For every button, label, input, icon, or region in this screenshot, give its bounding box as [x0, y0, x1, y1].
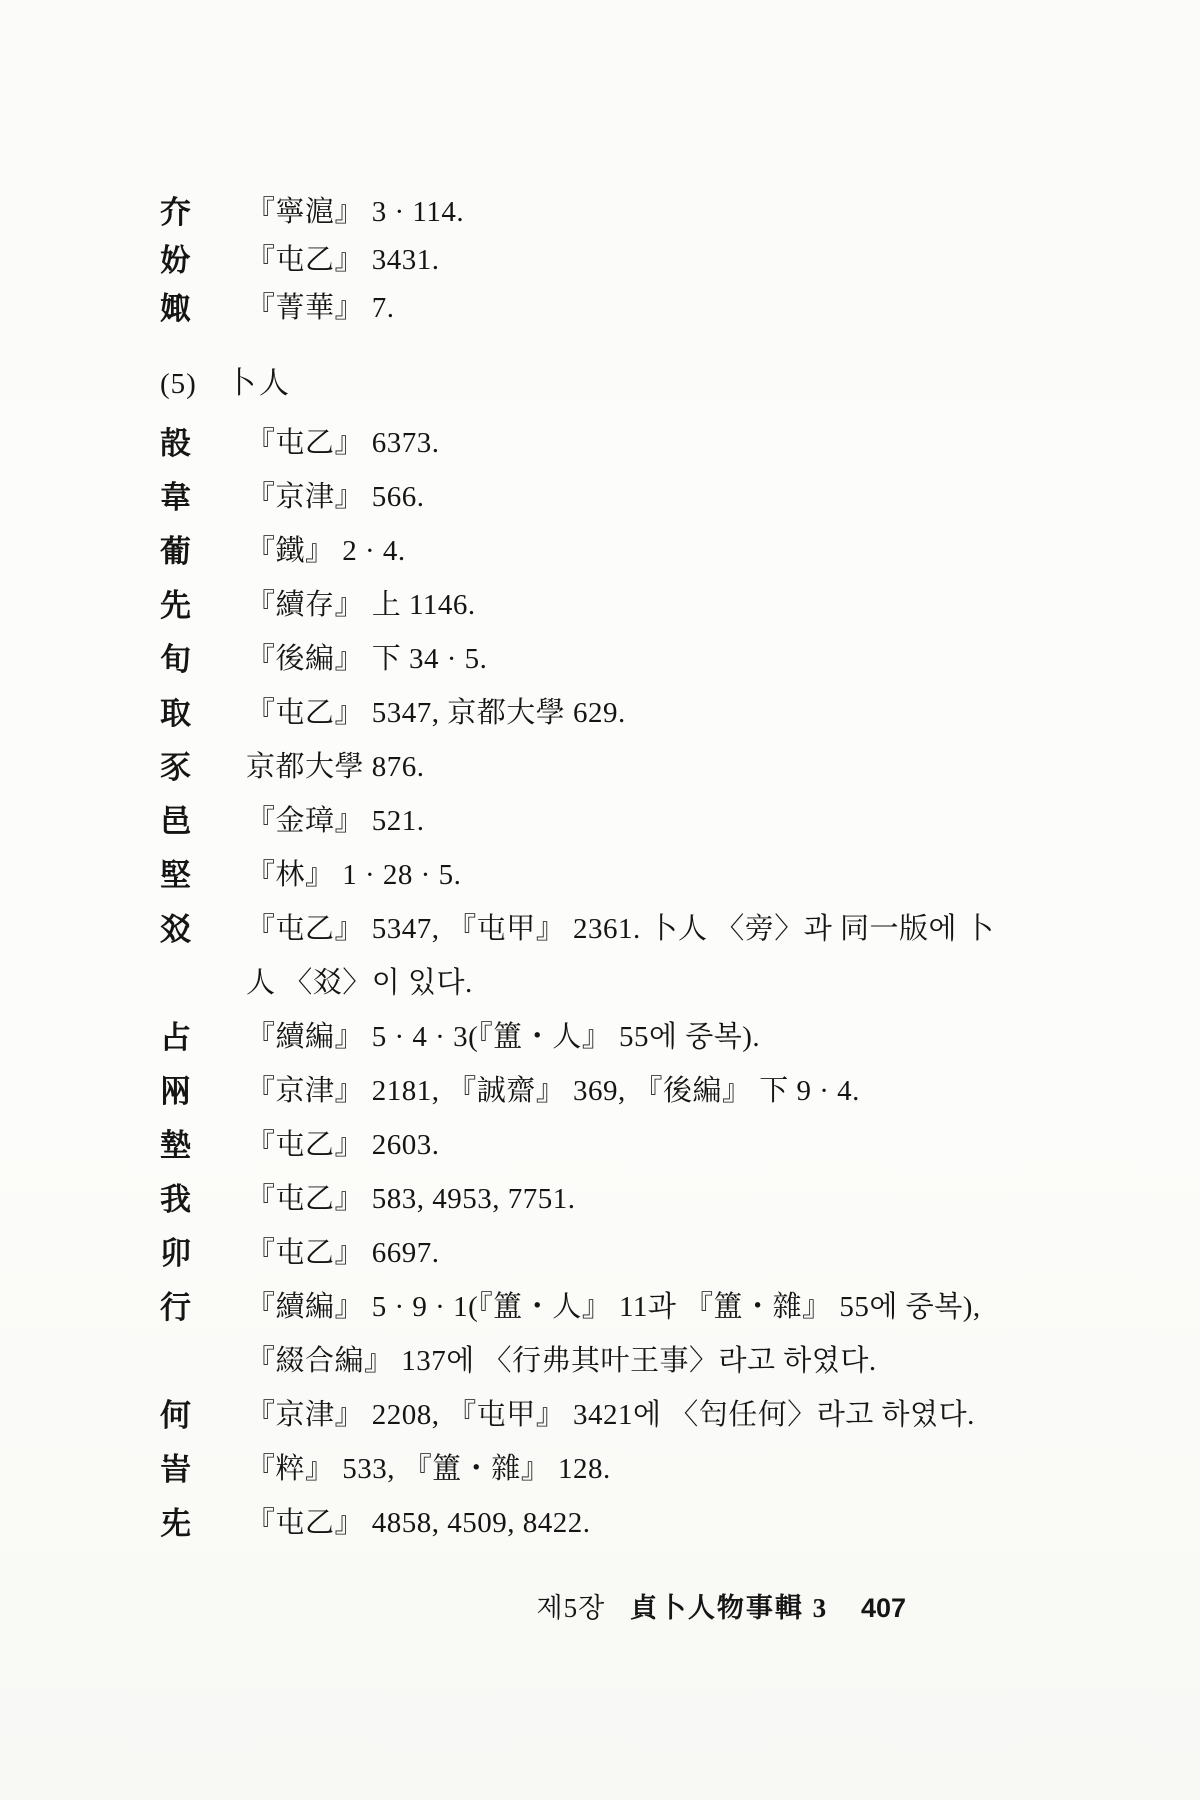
entry-row: 行 『續編』 5 · 9 · 1(『簠・人』 11과 『簠・雜』 55에 중복)… [160, 1291, 1100, 1378]
entry-headword: 葡 [160, 535, 246, 568]
entry-reference: 『續編』 5 · 9 · 1(『簠・人』 11과 『簠・雜』 55에 중복), [246, 1291, 981, 1324]
entry-headword: 娵 [160, 292, 246, 325]
scanned-book-page: 夰 『寧滬』 3 · 114. 妢 『屯乙』 3431. 娵 『菁華』 7. (… [0, 0, 1200, 1800]
entry-reference: 『京津』 2208, 『屯甲』 3421에 〈匄任何〉라고 하였다. [246, 1399, 975, 1432]
entry-reference: 『屯乙』 5347, 京都大學 629. [246, 697, 626, 730]
entry-row: 墊 『屯乙』 2603. [160, 1129, 1100, 1162]
entry-row: 娵 『菁華』 7. [160, 292, 1100, 325]
entry-row: 邑 『金璋』 521. [160, 805, 1100, 838]
footer-chapter-label: 제5장 [537, 1593, 606, 1623]
entry-headword: 兂 [160, 1507, 246, 1540]
previous-section-tail: 夰 『寧滬』 3 · 114. 妢 『屯乙』 3431. 娵 『菁華』 7. [160, 196, 1100, 325]
entry-headword: 取 [160, 697, 246, 730]
entry-headword: 韋 [160, 481, 246, 514]
entry-row: 㸚 『屯乙』 5347, 『屯甲』 2361. 卜人 〈旁〉과 同一版에 卜 人… [160, 913, 1100, 1000]
entry-headword: 墊 [160, 1129, 246, 1162]
entry-row: 妢 『屯乙』 3431. [160, 244, 1100, 277]
entry-reference: 京都大學 876. [246, 751, 425, 784]
entry-row: 㱿 『屯乙』 6373. [160, 427, 1100, 460]
entry-reference-continued: 人 〈㸚〉이 있다. [246, 967, 994, 1000]
entry-reference: 『屯乙』 5347, 『屯甲』 2361. 卜人 〈旁〉과 同一版에 卜 [246, 913, 994, 946]
entry-row: 何 『京津』 2208, 『屯甲』 3421에 〈匄任何〉라고 하였다. [160, 1399, 1100, 1432]
entry-reference: 『屯乙』 3431. [246, 244, 440, 277]
entry-row: 取 『屯乙』 5347, 京都大學 629. [160, 697, 1100, 730]
entry-headword: 㱿 [160, 427, 246, 460]
footer-page-number: 407 [861, 1593, 906, 1623]
entry-reference: 『屯乙』 6697. [246, 1237, 440, 1270]
entry-headword: 㸚 [160, 913, 246, 946]
section-heading: (5) 卜人 [160, 367, 1100, 401]
entry-reference: 『寧滬』 3 · 114. [246, 196, 464, 229]
entry-reference: 『續編』 5 · 4 · 3(『簠・人』 55에 중복). [246, 1021, 760, 1054]
page-content: 夰 『寧滬』 3 · 114. 妢 『屯乙』 3431. 娵 『菁華』 7. (… [160, 196, 1100, 1561]
entry-reference-continued: 『綴合編』 137에 〈行弗其叶王事〉라고 하였다. [246, 1345, 981, 1378]
entry-headword: 堅 [160, 859, 246, 892]
entry-row: 夰 『寧滬』 3 · 114. [160, 196, 1100, 229]
entry-headword: 行 [160, 1291, 246, 1324]
entry-reference: 『後編』 下 34 · 5. [246, 643, 487, 676]
entry-headword: 邑 [160, 805, 246, 838]
entry-headword: 我 [160, 1183, 246, 1216]
entry-reference: 『屯乙』 4858, 4509, 8422. [246, 1507, 591, 1540]
section-title: 卜人 [226, 367, 292, 401]
entry-reference: 『粹』 533, 『簠・雜』 128. [246, 1453, 611, 1486]
entry-reference: 『金璋』 521. [246, 805, 425, 838]
entry-row: 峕 『粹』 533, 『簠・雜』 128. [160, 1453, 1100, 1486]
entry-row: 兂 『屯乙』 4858, 4509, 8422. [160, 1507, 1100, 1540]
entry-headword: 先 [160, 589, 246, 622]
entry-row: 我 『屯乙』 583, 4953, 7751. [160, 1183, 1100, 1216]
entry-headword: 占 [160, 1021, 246, 1054]
entry-reference: 『屯乙』 2603. [246, 1129, 440, 1162]
entry-headword: 妢 [160, 244, 246, 277]
entry-row: 堅 『林』 1 · 28 · 5. [160, 859, 1100, 892]
footer-book-title: 貞卜人物事輯 3 [630, 1593, 828, 1623]
entry-headword: 豕 [160, 751, 246, 784]
entry-reference: 『林』 1 · 28 · 5. [246, 859, 461, 892]
entry-row: 葡 『鐵』 2 · 4. [160, 535, 1100, 568]
entry-reference: 『續存』 上 1146. [246, 589, 476, 622]
entry-headword: 旬 [160, 643, 246, 676]
entry-reference: 『京津』 566. [246, 481, 425, 514]
entry-row: 韋 『京津』 566. [160, 481, 1100, 514]
entry-headword: 何 [160, 1399, 246, 1432]
entry-headword: 夰 [160, 196, 246, 229]
diviner-entry-list: 㱿 『屯乙』 6373. 韋 『京津』 566. 葡 『鐵』 2 · 4. 先 … [160, 427, 1100, 1540]
entry-reference: 『京津』 2181, 『誠齋』 369, 『後編』 下 9 · 4. [246, 1075, 860, 1108]
entry-reference: 『鐵』 2 · 4. [246, 535, 406, 568]
entry-headword: 峕 [160, 1453, 246, 1486]
entry-headword: 卯 [160, 1237, 246, 1270]
entry-row: 旬 『後編』 下 34 · 5. [160, 643, 1100, 676]
section-number: (5) [160, 367, 226, 401]
entry-row: 先 『續存』 上 1146. [160, 589, 1100, 622]
entry-reference: 『菁華』 7. [246, 292, 395, 325]
entry-reference: 『屯乙』 6373. [246, 427, 440, 460]
entry-row: 㒳 『京津』 2181, 『誠齋』 369, 『後編』 下 9 · 4. [160, 1075, 1100, 1108]
entry-row: 卯 『屯乙』 6697. [160, 1237, 1100, 1270]
entry-reference: 『屯乙』 583, 4953, 7751. [246, 1183, 576, 1216]
running-footer: 제5장 貞卜人物事輯 3 407 [0, 1586, 906, 1625]
entry-row: 豕 京都大學 876. [160, 751, 1100, 784]
entry-row: 占 『續編』 5 · 4 · 3(『簠・人』 55에 중복). [160, 1021, 1100, 1054]
entry-headword: 㒳 [160, 1075, 246, 1108]
